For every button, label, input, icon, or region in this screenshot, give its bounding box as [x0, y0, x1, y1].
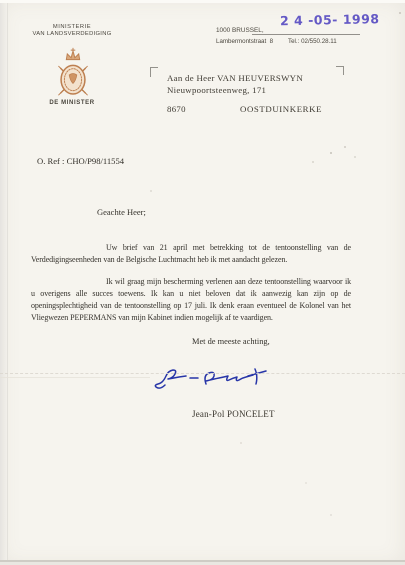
reference-line: O. Ref : CHO/P98/11554 [37, 156, 124, 166]
header-city: 1000 BRUSSEL, [216, 27, 264, 34]
header-street: Lambermontstraat 8 [216, 38, 273, 45]
recipient-city: OOSTDUINKERKE [240, 104, 322, 114]
address-window-bracket-right [336, 66, 344, 75]
address-window-bracket-left [150, 67, 158, 77]
scanned-letter: MINISTERIE VAN LANDSVERDEDIGING DE MINIS… [0, 0, 405, 565]
header-rule [252, 34, 360, 35]
recipient-name: Aan de Heer VAN HEUVERSWYN [167, 73, 303, 83]
body-paragraph-1: Uw brief van 21 april met betrekking tot… [31, 242, 351, 266]
handwritten-signature [152, 361, 292, 400]
signer-name: Jean-Pol PONCELET [192, 409, 275, 419]
scan-left-edge [0, 0, 8, 565]
ministry-name-line1: MINISTERIE [16, 24, 128, 31]
recipient-postal-code: 8670 [167, 104, 186, 114]
minister-title: DE MINISTER [16, 100, 128, 106]
fold-crease [0, 373, 405, 374]
scan-top-edge [0, 0, 405, 3]
salutation: Geachte Heer; [97, 207, 146, 217]
date-stamp: 2 4 -05- 1998 [280, 11, 398, 28]
coat-of-arms-icon [52, 46, 94, 105]
fold-crease-secondary [0, 377, 150, 378]
recipient-street: Nieuwpoortsteenweg, 171 [167, 85, 266, 95]
header-phone: Tel.: 02/550.28.11 [288, 38, 337, 45]
closing-line: Met de meeste achting, [192, 337, 270, 346]
scan-noise-specks [330, 152, 332, 154]
letterhead: MINISTERIE VAN LANDSVERDEDIGING [16, 24, 128, 38]
body-paragraph-2: Ik wil graag mijn bescherming verlenen a… [31, 276, 351, 324]
ministry-name-line2: VAN LANDSVERDEDIGING [16, 31, 128, 38]
